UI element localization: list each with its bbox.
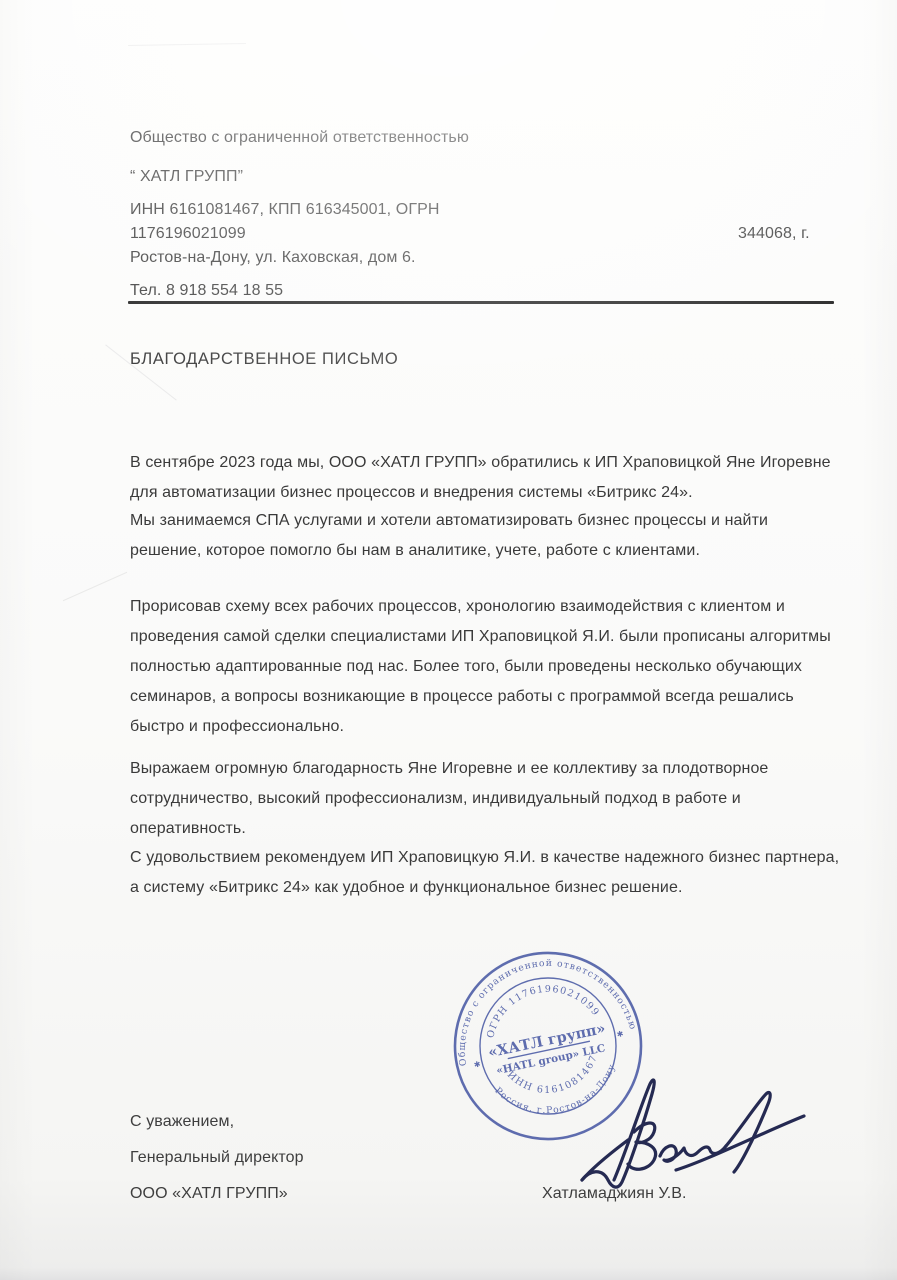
stamp-star-right-icon: ✱: [616, 1029, 625, 1039]
closing-line: С уважением,: [130, 1112, 234, 1132]
stamp-star-left-icon: ✱: [473, 1059, 482, 1069]
postal-code: 344068, г.: [738, 224, 810, 244]
paragraph-3: Прорисовав схему всех рабочих процессов,…: [130, 592, 850, 742]
signature-svg: [568, 1068, 818, 1198]
paragraph-1: В сентябре 2023 года мы, ООО «ХАТЛ ГРУПП…: [130, 448, 836, 508]
paper-crease: [128, 43, 246, 46]
paper-crease: [63, 572, 127, 601]
paragraph-4: Выражаем огромную благодарность Яне Игор…: [130, 754, 840, 844]
signature-handwriting: [568, 1068, 818, 1198]
paragraph-2: Мы занимаемся СПА услугами и хотели авто…: [130, 506, 836, 566]
paragraph-5: С удовольствием рекомендуем ИП Храповицк…: [130, 843, 850, 903]
letter-page: Общество с ограниченной ответственностью…: [0, 0, 897, 1280]
signer-position: Генеральный директор: [130, 1148, 304, 1168]
letterhead-rule: [128, 301, 834, 304]
signer-name: Хатламаджиян У.В.: [542, 1184, 687, 1204]
org-phone: Тел. 8 918 554 18 55: [130, 281, 283, 301]
letter-title: БЛАГОДАРСТВЕННОЕ ПИСЬМО: [130, 350, 398, 369]
org-type: Общество с ограниченной ответственностью: [130, 128, 469, 148]
org-requisites-line1: ИНН 6161081467, КПП 616345001, ОГРН: [130, 200, 440, 220]
org-requisites-line2: 1176196021099: [130, 224, 246, 244]
org-address: Ростов-на-Дону, ул. Каховская, дом 6.: [130, 248, 416, 268]
signer-company: ООО «ХАТЛ ГРУПП»: [130, 1184, 288, 1204]
org-name: “ ХАТЛ ГРУПП”: [130, 167, 243, 187]
